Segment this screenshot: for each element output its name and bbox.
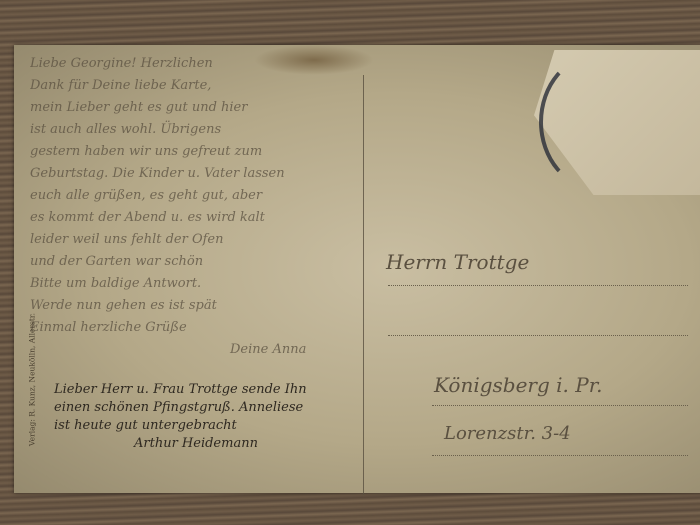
- message-signature: Deine Anna: [30, 339, 360, 361]
- postmark-icon: [539, 53, 657, 191]
- message-line: Bitte um baldige Antwort.: [30, 273, 360, 295]
- message-line: Liebe Georgine! Herzlichen: [30, 53, 360, 75]
- message-line: euch alle grüßen, es geht gut, aber: [30, 185, 360, 207]
- message-line: es kommt der Abend u. es wird kalt: [30, 207, 360, 229]
- greeting-signature: Arthur Heidemann: [54, 435, 364, 453]
- message-line: und der Garten war schön: [30, 251, 360, 273]
- message-line: Geburtstag. Die Kinder u. Vater lassen: [30, 163, 360, 185]
- message-line: Einmal herzliche Grüße: [30, 317, 360, 339]
- address-street: Lorenzstr. 3-4: [444, 423, 571, 444]
- message-line: leider weil uns fehlt der Ofen: [30, 229, 360, 251]
- address-line-2: [388, 335, 688, 336]
- message-line: mein Lieber geht es gut und hier: [30, 97, 360, 119]
- postcard: Liebe Georgine! Herzlichen Dank für Dein…: [14, 45, 700, 493]
- greeting-line: Lieber Herr u. Frau Trottge sende Ihn: [54, 381, 364, 399]
- publisher-imprint: Verlag: R. Kunz, Neukölln, Allerstr.: [28, 280, 37, 480]
- message-line: gestern haben wir uns gefreut zum: [30, 141, 360, 163]
- address-line-1: [388, 285, 688, 286]
- greeting-line: ist heute gut untergebracht: [54, 417, 364, 435]
- address-recipient: Herrn Trottge: [386, 250, 529, 274]
- address-line-4: [432, 455, 688, 456]
- message-line: ist auch alles wohl. Übrigens: [30, 119, 360, 141]
- center-divider: [363, 75, 364, 495]
- address-line-3: [432, 405, 688, 406]
- message-line: Werde nun gehen es ist spät: [30, 295, 360, 317]
- ink-greeting: Lieber Herr u. Frau Trottge sende Ihn ei…: [54, 381, 364, 453]
- greeting-line: einen schönen Pfingstgruß. Anneliese: [54, 399, 364, 417]
- address-city: Königsberg i. Pr.: [434, 373, 602, 397]
- handwritten-message: Liebe Georgine! Herzlichen Dank für Dein…: [30, 53, 360, 361]
- message-line: Dank für Deine liebe Karte,: [30, 75, 360, 97]
